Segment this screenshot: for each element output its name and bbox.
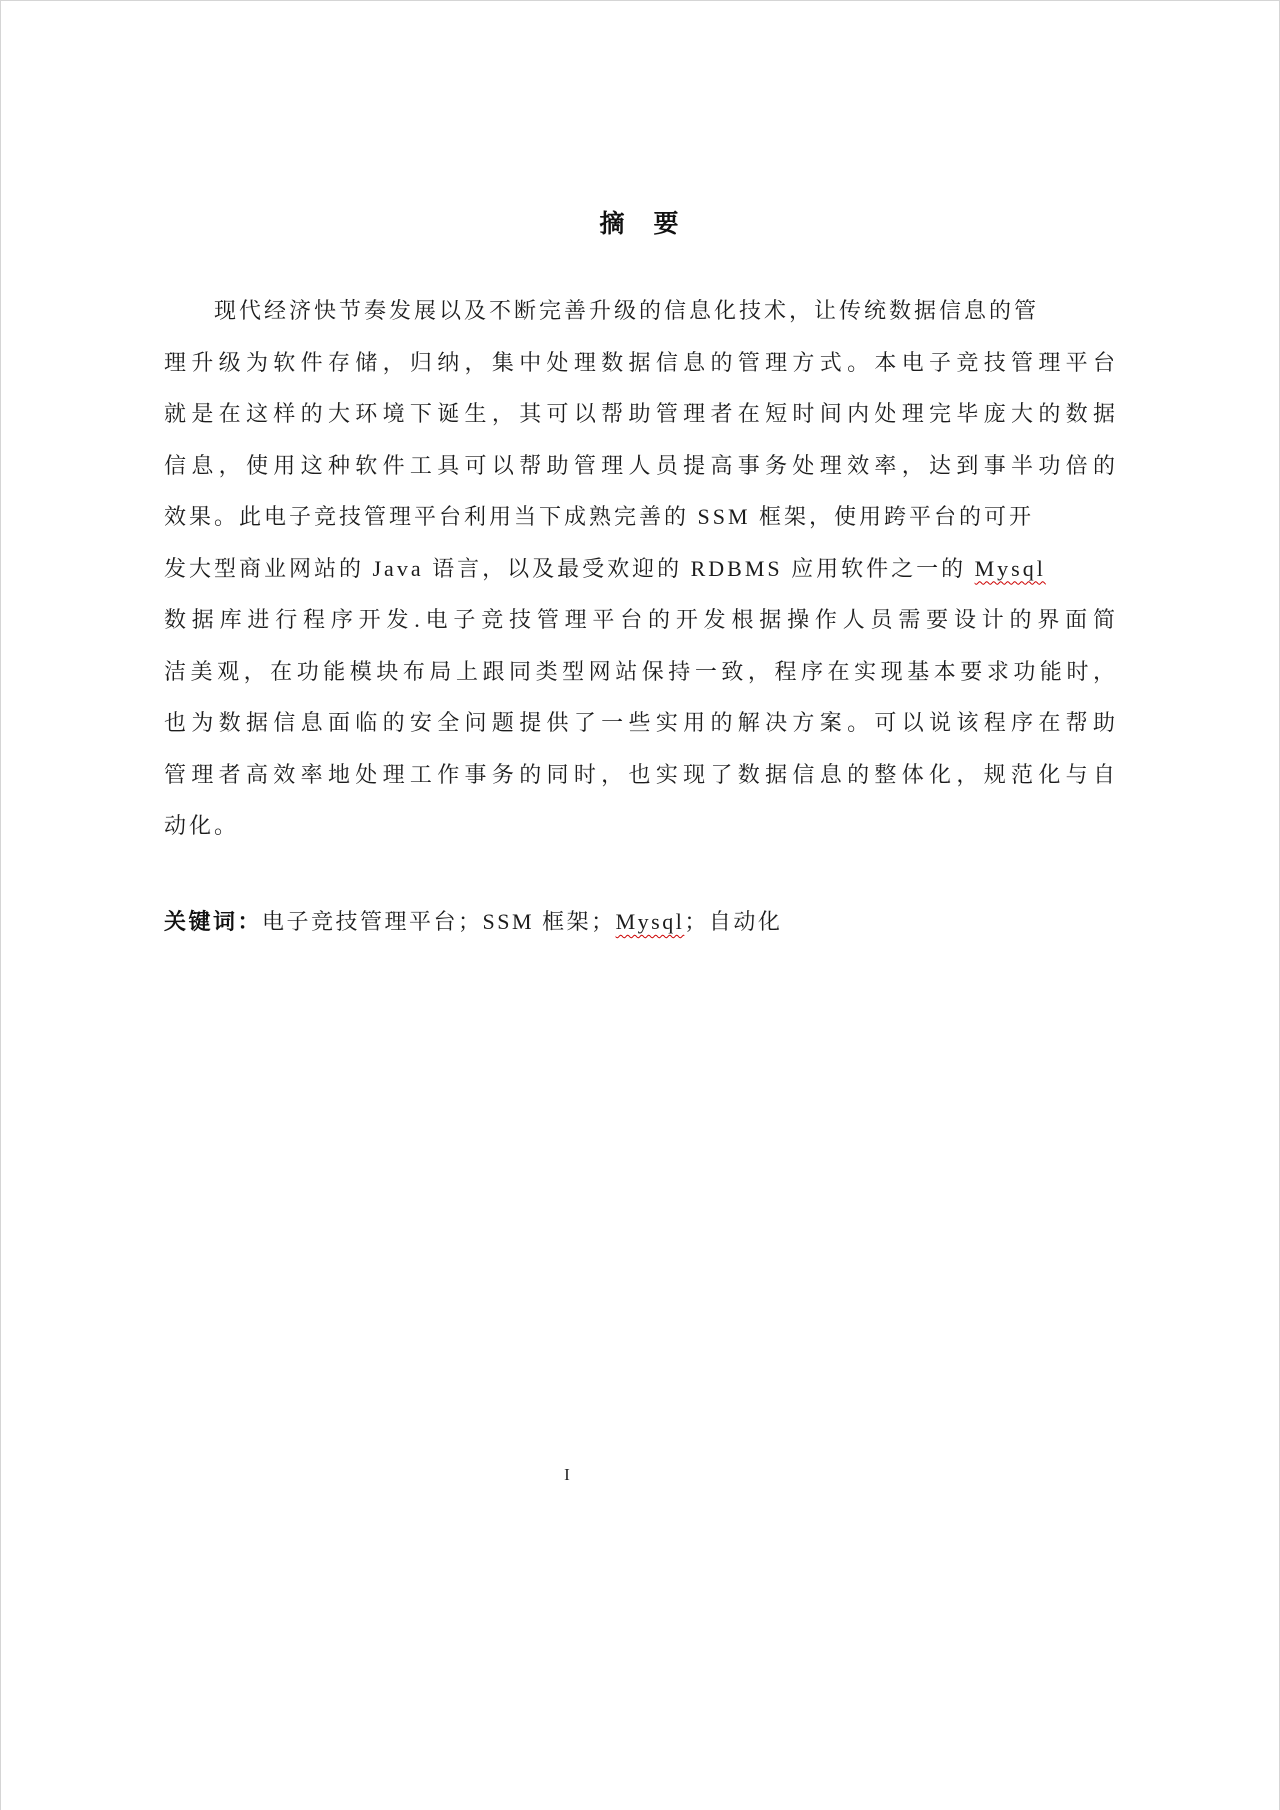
abstract-line: 现代经济快节奏发展以及不断完善升级的信息化技术，让传统数据信息的管 (164, 285, 1118, 337)
keywords-label: 关键词： (164, 909, 262, 934)
keywords-values: 电子竞技管理平台；SSM 框架；Mysql；自动化 (262, 909, 782, 934)
text-segment: 就是在这样的大环境下诞生，其可以帮助管理者在短时间内处理完毕庞大的数据 (164, 401, 1118, 426)
text-segment: 理升级为软件存储，归纳，集中处理数据信息的管理方式。本电子竞技管理平台 (164, 350, 1118, 375)
document-page: 摘 要 现代经济快节奏发展以及不断完善升级的信息化技术，让传统数据信息的管理升级… (0, 0, 1280, 1810)
text-segment: 现代经济快节奏发展以及不断完善升级的信息化技术，让传统数据信息的管 (214, 298, 1039, 323)
abstract-line: 也为数据信息面临的安全问题提供了一些实用的解决方案。可以说该程序在帮助 (164, 697, 1118, 749)
text-segment: SSM 框架； (483, 909, 616, 934)
text-segment: 洁美观，在功能模块布局上跟同类型网站保持一致，程序在实现基本要求功能时， (164, 659, 1118, 684)
misspelled-word: Mysql (975, 556, 1046, 581)
abstract-line: 管理者高效率地处理工作事务的同时，也实现了数据信息的整体化，规范化与自 (164, 749, 1118, 801)
abstract-line: 理升级为软件存储，归纳，集中处理数据信息的管理方式。本电子竞技管理平台 (164, 337, 1118, 389)
text-segment: 效果。此电子竞技管理平台利用当下成熟完善的 SSM 框架，使用跨平台的可开 (164, 504, 1034, 529)
abstract-line: 发大型商业网站的 Java 语言，以及最受欢迎的 RDBMS 应用软件之一的 M… (164, 543, 1118, 595)
page-title: 摘 要 (1, 204, 1279, 240)
text-segment: 动化。 (164, 813, 239, 838)
abstract-line: 洁美观，在功能模块布局上跟同类型网站保持一致，程序在实现基本要求功能时， (164, 646, 1118, 698)
abstract-line: 就是在这样的大环境下诞生，其可以帮助管理者在短时间内处理完毕庞大的数据 (164, 388, 1118, 440)
abstract-line: 数据库进行程序开发.电子竞技管理平台的开发根据操作人员需要设计的界面简 (164, 594, 1118, 646)
misspelled-word: Mysql (616, 909, 685, 934)
abstract-line: 动化。 (164, 800, 1118, 852)
text-segment: ；自动化 (684, 909, 782, 934)
text-segment: 管理者高效率地处理工作事务的同时，也实现了数据信息的整体化，规范化与自 (164, 762, 1118, 787)
text-segment: 也为数据信息面临的安全问题提供了一些实用的解决方案。可以说该程序在帮助 (164, 710, 1118, 735)
keywords-line: 关键词：电子竞技管理平台；SSM 框架；Mysql；自动化 (164, 896, 1164, 948)
abstract-line: 效果。此电子竞技管理平台利用当下成熟完善的 SSM 框架，使用跨平台的可开 (164, 491, 1118, 543)
text-segment: 发大型商业网站的 Java 语言，以及最受欢迎的 RDBMS 应用软件之一的 (164, 556, 975, 581)
page-number: I (1, 1465, 1133, 1485)
text-segment: 数据库进行程序开发.电子竞技管理平台的开发根据操作人员需要设计的界面简 (164, 607, 1118, 632)
abstract-line: 信息，使用这种软件工具可以帮助管理人员提高事务处理效率，达到事半功倍的 (164, 440, 1118, 492)
text-segment: 信息，使用这种软件工具可以帮助管理人员提高事务处理效率，达到事半功倍的 (164, 453, 1118, 478)
abstract-paragraph: 现代经济快节奏发展以及不断完善升级的信息化技术，让传统数据信息的管理升级为软件存… (164, 285, 1118, 852)
text-segment: 电子竞技管理平台； (262, 909, 483, 934)
